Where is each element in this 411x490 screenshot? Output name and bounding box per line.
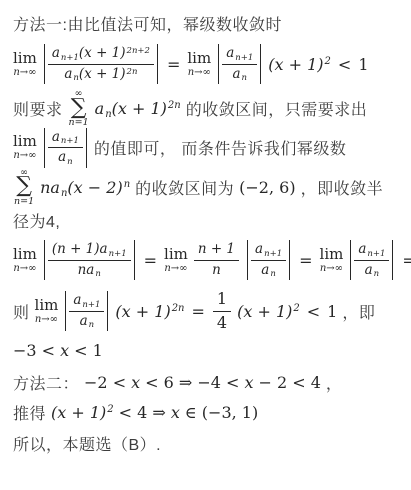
lim-subscript: n→∞: [13, 264, 36, 274]
exponent-2: 2: [107, 404, 113, 415]
term-na: na: [40, 178, 60, 197]
lim-word: lim: [320, 247, 344, 262]
series-term: nan(x − 2)n: [40, 178, 130, 197]
fraction-numerator: an+1: [222, 46, 257, 65]
subscript-n: n: [95, 269, 100, 279]
lim-subscript: n→∞: [320, 264, 343, 274]
subscript-n1: n+1: [264, 249, 282, 259]
solution-line-4: limn→∞ an+1an 的值即可， 而条件告诉我们幂级数: [13, 128, 405, 168]
sigma-icon: ∑: [16, 177, 32, 196]
subscript-n: n: [73, 73, 78, 83]
equals-sign: =: [299, 251, 312, 270]
term-na: na: [78, 262, 95, 278]
var-a: a: [80, 313, 88, 329]
var-x: x: [244, 373, 253, 392]
subscript-n: n: [105, 109, 111, 120]
abs-bar-left: [44, 240, 45, 280]
ratio-fraction: an+1an: [222, 46, 257, 82]
abs-value-group: an+1an: [348, 240, 395, 280]
lim-subscript: n→∞: [13, 68, 36, 78]
solution-document: 方法一:由比值法可知，幂级数收敛时 limn→∞ an+1(x + 1)2n+2…: [0, 0, 411, 490]
namely-text: ，即: [342, 300, 375, 323]
in-interval: ∈ (−3, 1): [185, 403, 258, 422]
sum-lower-bound: n=1: [14, 197, 34, 207]
subscript-n1: n+1: [235, 53, 253, 63]
fraction-numerator: (n + 1)an+1: [48, 242, 131, 261]
var-a: a: [64, 66, 72, 82]
number-one: 1: [358, 55, 368, 74]
exponent-2n: 2n: [168, 100, 181, 111]
abs-value-group: an+1an: [245, 240, 292, 280]
subscript-n1: n+1: [61, 136, 79, 146]
comma-text: ，: [326, 371, 343, 394]
less-than-sign: <: [338, 55, 351, 74]
formula-ratio-test: limn→∞ an+1(x + 1)2n+2an(x + 1)2n = limn…: [13, 44, 405, 84]
var-a: a: [52, 45, 60, 61]
fraction-denominator: an: [54, 148, 77, 166]
term-x-plus-1-squared: (x + 1)2: [51, 403, 114, 422]
interval-minus2-6: (−2, 6): [239, 178, 295, 197]
abs-bar-right: [157, 44, 158, 84]
term-x-plus-1: (x + 1): [51, 403, 106, 422]
conv-is-text: 的收敛区间为: [135, 176, 234, 199]
var-x: x: [171, 403, 180, 422]
lim-word: lim: [35, 298, 59, 313]
fraction-denominator: an: [76, 312, 99, 330]
equals-sign: =: [192, 302, 205, 321]
subscript-n1: n+1: [367, 249, 385, 259]
limit-operator: limn→∞: [164, 247, 188, 274]
lim-word: lim: [13, 247, 37, 262]
limit-operator: limn→∞: [13, 247, 37, 274]
limit-operator: limn→∞: [35, 298, 59, 325]
ratio-fraction: an+1an: [69, 293, 104, 329]
formula-conclusion-ineq: 则 limn→∞ an+1an (x + 1)2n = 14 (x + 1)2 …: [13, 288, 405, 334]
abs-bar-left: [350, 240, 351, 280]
var-x: x: [131, 373, 140, 392]
formula-limit-chain: limn→∞ (n + 1)an+1nan = limn→∞ n + 1n an…: [13, 237, 405, 283]
fraction-numerator: an+1(x + 1)2n+2: [48, 46, 154, 65]
ratio-fraction: an+1an: [48, 130, 83, 166]
value-suffices-text: 的值即可， 而条件告诉我们幂级数: [94, 136, 346, 159]
series-term: an(x + 1)2n: [95, 99, 181, 118]
abs-bar-left: [218, 44, 219, 84]
subscript-n1: n+1: [82, 300, 100, 310]
ineq-left: −3 <: [13, 341, 55, 360]
term-n-plus-1: n + 1: [198, 241, 235, 257]
summation: ∞∑n=1: [14, 168, 34, 207]
term-x-plus-1: (x + 1): [115, 302, 170, 321]
abs-bar-right: [289, 240, 290, 280]
solution-line-3: 则要求 ∞∑n=1 an(x + 1)2n 的收敛区间，只需要求出: [13, 89, 405, 128]
subscript-n1: n+1: [61, 53, 79, 63]
radius-4-text: 径为4,: [13, 209, 60, 232]
var-a: a: [95, 99, 105, 118]
exponent-2: 2: [325, 56, 331, 67]
term-x-plus-1-squared: (x + 1)2: [237, 302, 300, 321]
solution-line-12: 所以，本题选（B）.: [13, 432, 405, 455]
abs-bar-left: [44, 44, 45, 84]
subscript-n: n: [89, 320, 94, 330]
lim-word: lim: [13, 134, 37, 149]
limit-operator: limn→∞: [13, 134, 37, 161]
fraction-denominator: an(x + 1)2n: [60, 65, 141, 83]
exponent-2n2: 2n+2: [127, 46, 150, 56]
var-a: a: [255, 241, 263, 257]
var-a: a: [52, 129, 60, 145]
exponent-2: 2: [293, 303, 299, 314]
fraction-denominator: an: [257, 261, 280, 279]
exponent-2n: 2n: [127, 67, 138, 77]
limit-operator: limn→∞: [13, 51, 37, 78]
term-x-plus-1: (x + 1): [79, 66, 126, 82]
fraction-denominator: an: [228, 65, 251, 83]
term-x-plus-1: (x + 1): [268, 55, 323, 74]
subscript-n: n: [270, 269, 275, 279]
solution-line-6: 径为4,: [13, 209, 405, 232]
abs-value-group: an+1an: [63, 291, 110, 331]
subscript-n: n: [242, 73, 247, 83]
lim-subscript: n→∞: [164, 264, 187, 274]
subscript-n: n: [61, 188, 67, 199]
var-a: a: [73, 292, 81, 308]
solution-line-1: 方法一:由比值法可知，幂级数收敛时: [13, 12, 405, 35]
lim-word: lim: [13, 51, 37, 66]
fraction-n1-over-n: n + 1n: [194, 242, 239, 278]
abs-bar-left: [65, 291, 66, 331]
term-x-plus-1-pow-2n: (x + 1)2n: [115, 302, 184, 321]
lt4-implies: < 4 ⇒: [119, 403, 166, 422]
limit-operator: limn→∞: [187, 51, 211, 78]
fraction-numerator: an+1: [251, 242, 286, 261]
sigma-icon: ∑: [71, 99, 87, 118]
abs-bar-left: [44, 128, 45, 168]
abs-bar-right: [134, 240, 135, 280]
term-x-plus-1: (x + 1): [112, 99, 167, 118]
method2-label: 方法二：: [13, 371, 79, 394]
term-x-plus-1-squared: (x + 1)2: [268, 55, 331, 74]
solution-line-10: 方法二： −2 < x < 6 ⇒ −4 < x − 2 < 4 ，: [13, 371, 405, 394]
subscript-n: n: [374, 269, 379, 279]
exponent-2n: 2n: [172, 303, 185, 314]
ratio-fraction: an+1an: [251, 242, 286, 278]
var-a: a: [232, 66, 240, 82]
abs-bar-right: [86, 128, 87, 168]
ineq-part-b: < 6 ⇒ −4 <: [145, 373, 239, 392]
lim-subscript: n→∞: [188, 68, 211, 78]
lim-subscript: n→∞: [13, 151, 36, 161]
lim-word: lim: [187, 51, 211, 66]
subscript-n1: n+1: [109, 249, 127, 259]
limit-operator: limn→∞: [320, 247, 344, 274]
less-than-sign: <: [307, 302, 320, 321]
solution-line-11: 推得 (x + 1)2 < 4 ⇒ x ∈ (−3, 1): [13, 401, 405, 424]
var-a: a: [58, 149, 66, 165]
summation: ∞∑n=1: [69, 89, 89, 128]
fraction-numerator: n + 1: [194, 242, 239, 261]
lim-word: lim: [164, 247, 188, 262]
var-a: a: [365, 262, 373, 278]
abs-value-group: an+1an: [216, 44, 263, 84]
solution-line-5: ∞∑n=1 nan(x − 2)n 的收敛区间为 (−2, 6) ，即收敛半: [13, 168, 405, 207]
fraction-denominator: an: [361, 261, 384, 279]
term-n-plus-1-a: (n + 1)a: [52, 241, 108, 257]
method1-intro-text: 方法一:由比值法可知，幂级数收敛时: [13, 12, 282, 35]
fraction-denominator: nan: [74, 261, 105, 279]
abs-bar-right: [107, 291, 108, 331]
conv-need-text: 的收敛区间，只需要求出: [186, 97, 368, 120]
number-one: 1: [327, 302, 337, 321]
var-a: a: [358, 241, 366, 257]
exponent-n: n: [124, 179, 130, 190]
number-four: 4: [213, 312, 231, 332]
infer-text: 推得: [13, 401, 46, 424]
abs-value-group: an+1an: [42, 128, 89, 168]
var-x: x: [60, 341, 69, 360]
equals-sign: =: [167, 55, 180, 74]
abs-bar-left: [247, 240, 248, 280]
sum-lower-bound: n=1: [69, 118, 89, 128]
abs-bar-right: [260, 44, 261, 84]
ratio-fraction: (n + 1)an+1nan: [48, 242, 131, 278]
ineq-part-c: − 2 < 4: [258, 373, 320, 392]
fraction-numerator: an+1: [48, 130, 83, 149]
ratio-fraction: an+1(x + 1)2n+2an(x + 1)2n: [48, 46, 154, 82]
var-a: a: [226, 45, 234, 61]
term-x-plus-1: (x + 1): [237, 302, 292, 321]
fraction-one-fourth: 14: [213, 290, 231, 332]
abs-value-group: an+1(x + 1)2n+2an(x + 1)2n: [42, 44, 160, 84]
equals-sign: =: [402, 251, 411, 270]
lim-subscript: n→∞: [35, 315, 58, 325]
radius-tail-text: ，即收敛半: [301, 176, 384, 199]
equals-sign: =: [144, 251, 157, 270]
then-need-text: 则要求: [13, 97, 63, 120]
solution-line-9: −3 < x < 1: [13, 341, 405, 360]
abs-value-group: (n + 1)an+1nan: [42, 240, 137, 280]
fraction-numerator: an+1: [354, 242, 389, 261]
term-x-minus-2: (x − 2): [67, 178, 122, 197]
ineq-right: < 1: [74, 341, 103, 360]
var-n: n: [212, 262, 221, 278]
number-one: 1: [213, 290, 231, 311]
abs-bar-right: [392, 240, 393, 280]
ineq-part-a: −2 <: [84, 373, 126, 392]
term-x-plus-1: (x + 1): [79, 45, 126, 61]
fraction-denominator: n: [208, 261, 225, 279]
var-a: a: [261, 262, 269, 278]
ratio-fraction: an+1an: [354, 242, 389, 278]
conclusion-text: 所以，本题选（B）.: [13, 432, 161, 455]
then-text: 则: [13, 300, 30, 323]
subscript-n: n: [67, 157, 72, 167]
fraction-numerator: an+1: [69, 293, 104, 312]
